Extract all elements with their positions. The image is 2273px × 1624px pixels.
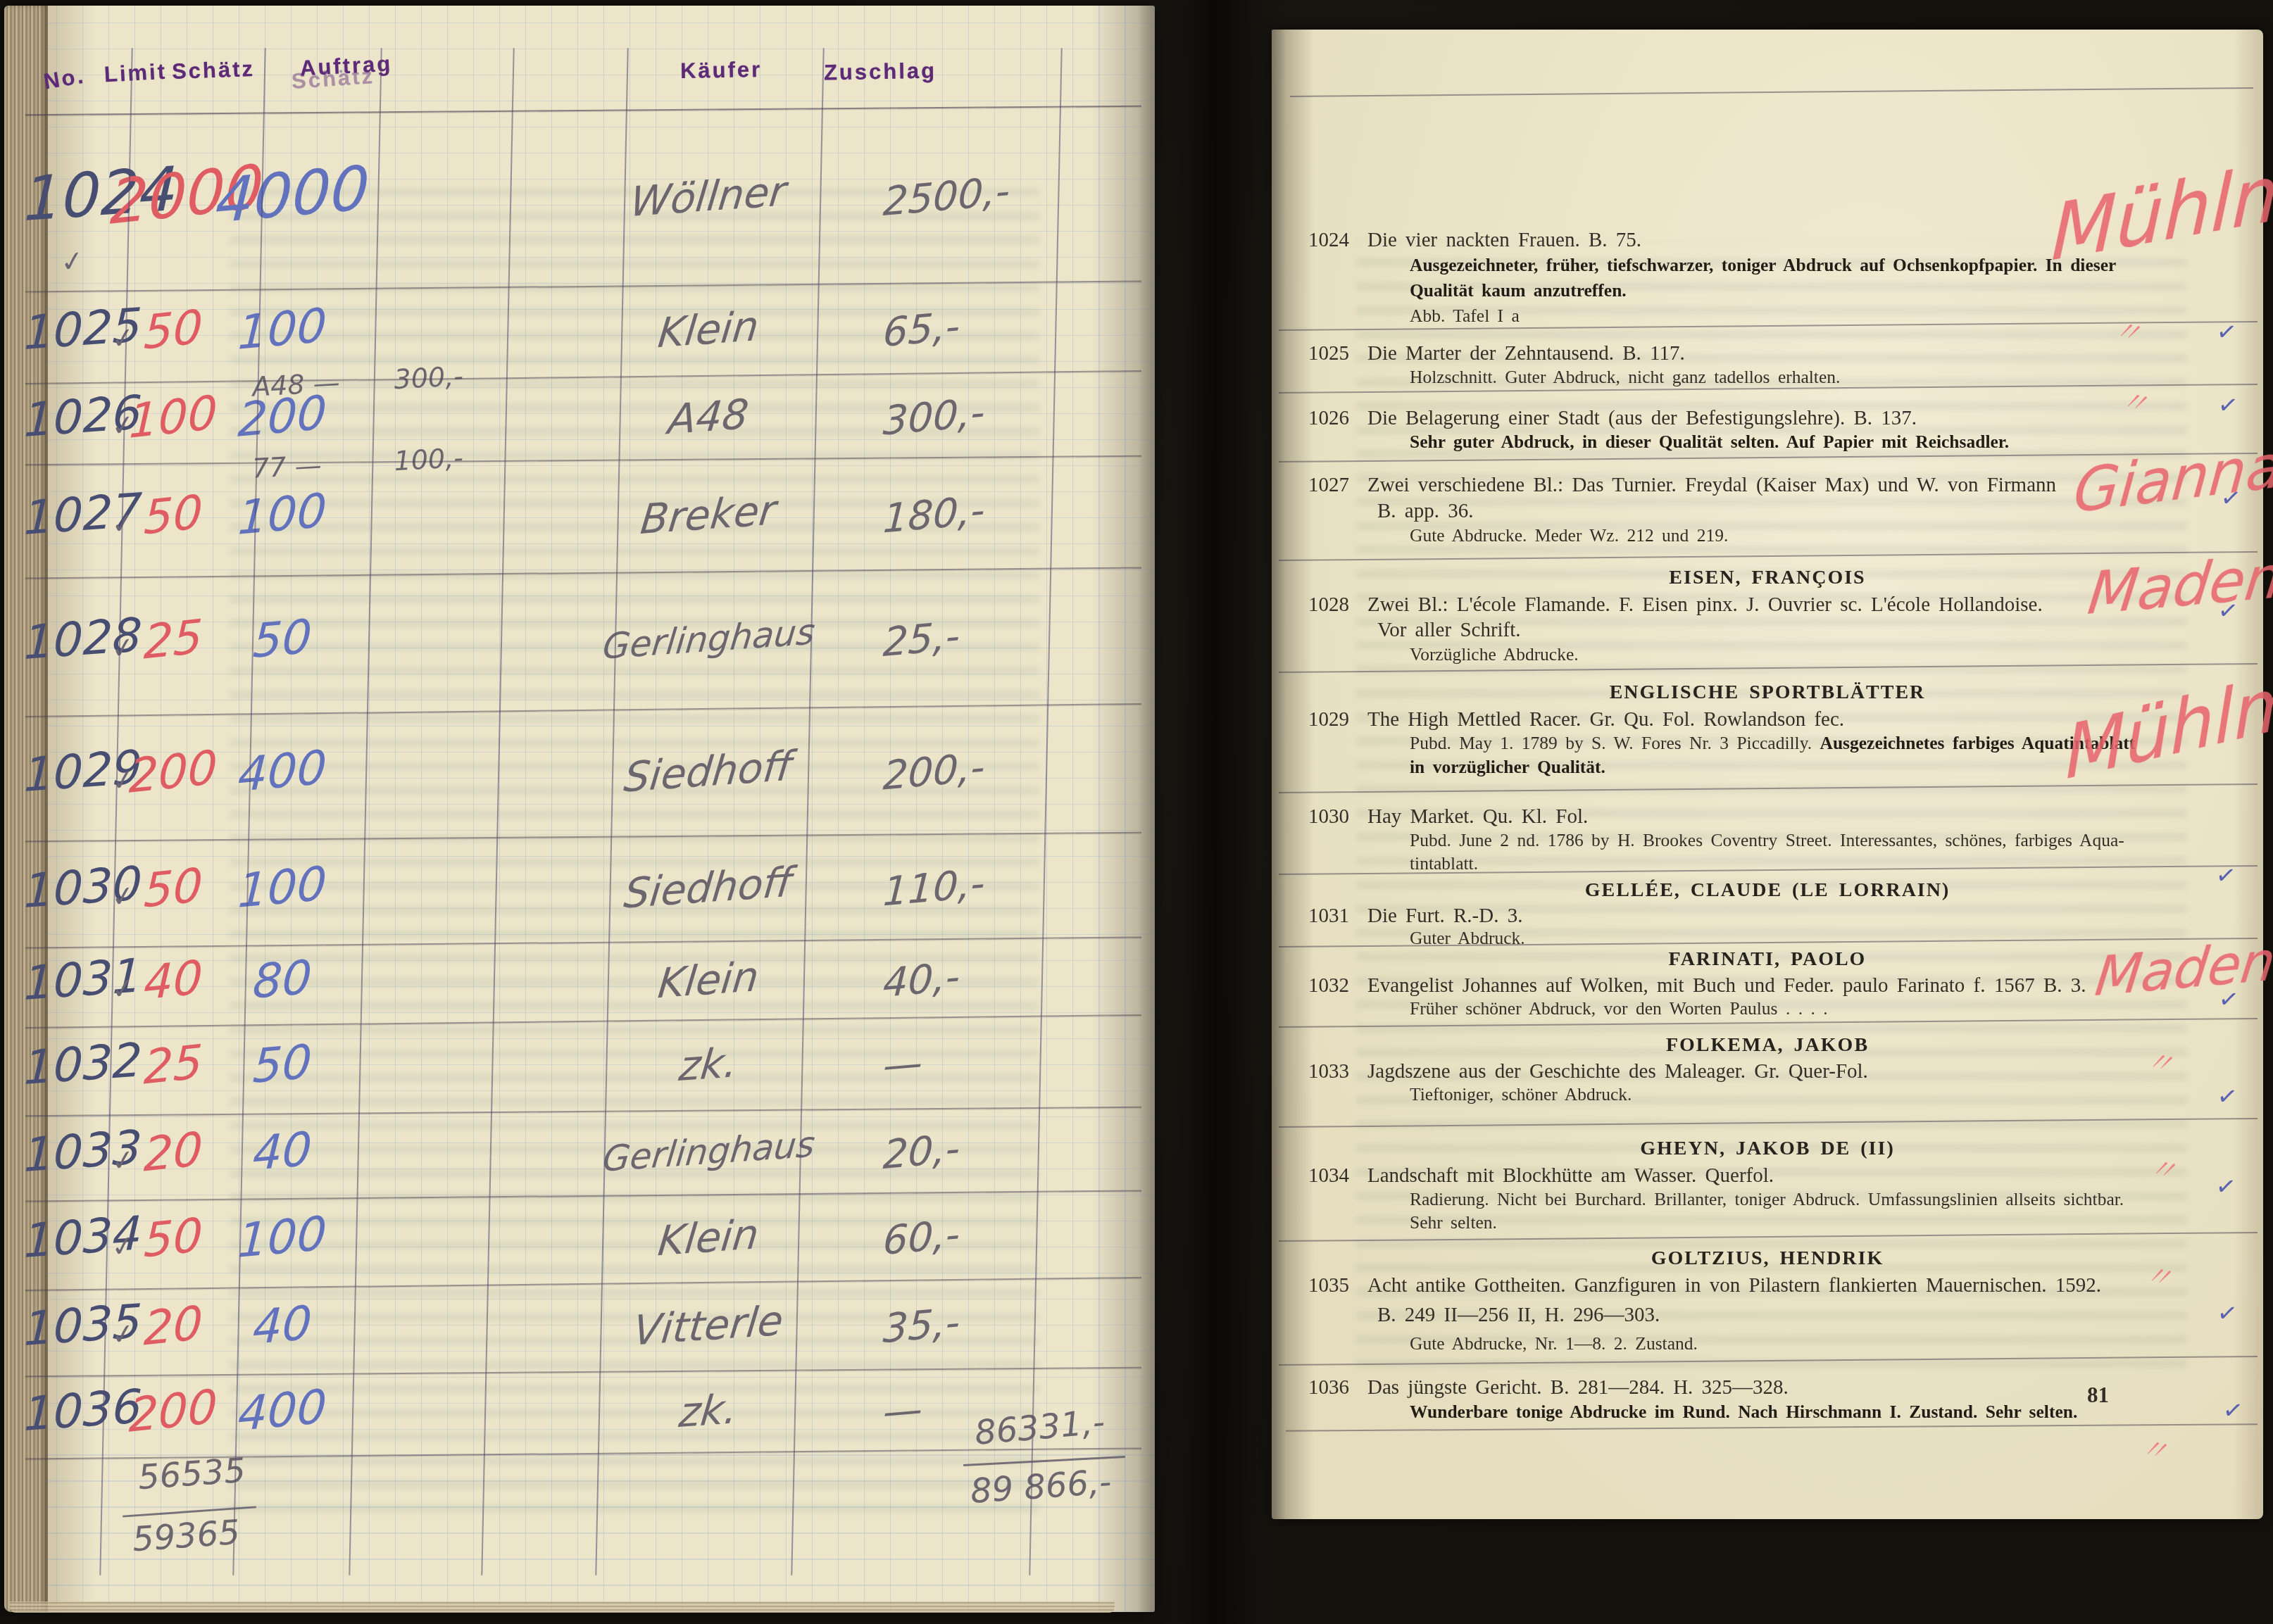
column-header-kaeufer: Käufer [680,57,763,84]
schaetz-value: 4000 [214,154,351,237]
lot-title-line: 1028Zwei Bl.: L'école Flamande. F. Eisen… [1308,593,2043,617]
margin-checkmark: ✓ [2215,1081,2239,1112]
artist-heading: GELLÉE, CLAUDE (LE LORRAIN) [1331,879,2204,902]
lot-title-line: 1025Die Marter der Zehntausend. B. 117. [1308,342,1685,365]
auftrag-note-reference: A48 — [251,367,341,402]
lot-title-line: 1027Zwei verschiedene Bl.: Das Turnier. … [1308,474,2056,497]
lot-description: Pubd. May 1. 1789 by S. W. Fores Nr. 3 P… [1410,733,2135,754]
photo-of-open-auction-ledger: { "ledger": { "headers": { "no": "No.", … [0,0,2273,1624]
lot-title-line: 1035Acht antike Gottheiten. Ganzfiguren … [1308,1274,2101,1297]
lot-title: Hay Market. Qu. Kl. Fol. [1367,805,1588,828]
lot-title-line: 1024Die vier nackten Frauen. B. 75. [1308,229,1641,252]
limit-subtotal: 56535 [137,1451,246,1498]
column-header-zuschlag: Zuschlag [824,58,937,86]
column-header-schaetz: Schätz [171,56,255,84]
lot-description: Gute Abdrucke, Nr. 1—8. 2. Zustand. [1410,1333,1698,1354]
artist-heading: FARINATI, PAOLO [1331,948,2204,971]
column-header-no: No. [42,63,87,95]
limit-total: 59365 [131,1513,241,1560]
lot-description: Wunderbare tonige Abdrucke im Rund. Nach… [1410,1402,2077,1423]
column-header-auftrag: Auftrag [299,51,393,82]
lot-number: 1036 [1308,1376,1349,1399]
lot-description: Radierung. Nicht bei Burchard. Brillante… [1410,1189,2124,1210]
lot-description: tintablatt. [1410,853,1478,874]
margin-checkmark: ✓ [2214,860,2238,891]
lot-title: Die vier nackten Frauen. B. 75. [1367,229,1641,251]
lot-title: Evangelist Johannes auf Wolken, mit Buch… [1367,974,2086,997]
zuschlag-value: — [882,1386,923,1435]
lot-title-line: 1033Jagdszene aus der Geschichte des Mal… [1308,1060,1868,1083]
lot-title: Acht antike Gottheiten. Ganzfiguren in v… [1367,1274,2101,1297]
lot-title-continued: Vor aller Schrift. [1377,619,1521,642]
lot-description: Vorzügliche Abdrucke. [1410,644,1579,665]
lot-title-line: 1032Evangelist Johannes auf Wolken, mit … [1308,974,2086,997]
zuschlag-value: 180,- [882,487,987,542]
lot-title: Landschaft mit Blockhütte am Wasser. Que… [1367,1164,1774,1187]
header-rule [25,106,1141,116]
lot-title: Zwei verschiedene Bl.: Das Turnier. Frey… [1367,474,2056,496]
margin-checkmark: ✓ [2215,317,2238,348]
lot-number: 1034 [1308,1164,1349,1187]
margin-checkmark: ✓ [2215,1298,2239,1329]
zuschlag-value: 300,- [882,389,987,444]
zuschlag-value: 200,- [882,744,987,799]
lot-description: Früher schöner Abdruck, vor den Worten P… [1410,998,1828,1019]
lot-title: The High Mettled Racer. Gr. Qu. Fol. Row… [1367,708,1844,731]
lot-description: Qualität kaum anzutreffen. [1410,280,1627,301]
lot-title-line: 1034Landschaft mit Blockhütte am Wasser.… [1308,1164,1774,1188]
lot-title-line: 1029The High Mettled Racer. Gr. Qu. Fol.… [1308,708,1844,731]
artist-heading: GHEYN, JAKOB DE (II) [1331,1138,2204,1160]
lot-title: Zwei Bl.: L'école Flamande. F. Eisen pin… [1367,593,2043,616]
ledger-page: No. Limit Schätz Schätz Auftrag Käufer Z… [4,6,1155,1612]
lot-title: Die Belagerung einer Stadt (aus der Befe… [1367,407,1917,429]
book-binding-edge [4,6,48,1612]
zuschlag-value: 60,- [882,1211,960,1264]
lot-description: Sehr selten. [1410,1212,1497,1233]
lot-title-line: 1031Die Furt. R.-D. 3. [1308,905,1522,928]
margin-checkmark: ✓ [2217,984,2241,1015]
lot-title: Die Marter der Zehntausend. B. 117. [1367,342,1685,365]
catalog-bottom-rule [1286,1423,2258,1432]
zuschlag-value: 20,- [882,1126,960,1178]
lot-title: Jagdszene aus der Geschichte des Maleage… [1367,1060,1868,1083]
lot-number: 1032 [1308,974,1349,997]
lot-title: Das jüngste Gericht. B. 281—284. H. 325—… [1367,1376,1789,1399]
lot-description: Pubd. June 2 nd. 1786 by H. Brookes Cove… [1410,830,2124,851]
column-header-limit: Limit [104,59,168,88]
zuschlag-value: 65,- [882,303,960,356]
zuschlag-value: 35,- [882,1299,960,1352]
row-checkmark: ✓ [58,244,87,279]
lot-number: 1027 [1308,474,1349,496]
lot-number: 1029 [1308,708,1349,731]
catalog-top-rule [1290,87,2253,97]
lot-title-continued: B. 249 II—256 II, H. 296—303. [1377,1304,1660,1327]
zuschlag-value: 25,- [882,613,960,666]
lot-number: 1025 [1308,342,1349,365]
page-stack-edge [10,1601,1115,1613]
margin-checkmark: ✓ [2216,390,2240,421]
illustration-note: Abb. Tafel I a [1410,306,1520,327]
lot-description: Holzschnitt. Guter Abdruck, nicht ganz t… [1410,367,1840,388]
lot-number: 1033 [1308,1060,1349,1083]
margin-checkmark: ✓ [2214,1171,2238,1202]
auftrag-note-reference: 77 — [251,450,323,484]
margin-checkmark: ✓ [2221,1395,2245,1426]
zuschlag-value: 40,- [882,954,960,1007]
lot-number: 1031 [1308,905,1349,927]
artist-heading: GOLTZIUS, HENDRIK [1331,1247,2204,1270]
lot-title-line: 1026Die Belagerung einer Stadt (aus der … [1308,407,1917,430]
lot-description: Gute Abdrucke. Meder Wz. 212 und 219. [1410,525,1728,546]
lot-description: in vorzüglicher Qualität. [1410,757,1605,778]
zuschlag-value: — [882,1040,923,1089]
lot-description: Ausgezeichneter, früher, tiefschwarzer, … [1410,255,2116,276]
artist-heading: ENGLISCHE SPORTBLÄTTER [1331,681,2204,704]
lot-description: Sehr guter Abdruck, in dieser Qualität s… [1410,432,2009,453]
lot-number: 1024 [1308,229,1349,251]
lot-number: 1028 [1308,593,1349,616]
lot-number: 1026 [1308,407,1349,429]
book-gutter-shadow [1138,0,1286,1624]
lot-number: 1030 [1308,805,1349,828]
lot-title: Die Furt. R.-D. 3. [1367,905,1522,927]
lot-title-line: 1030Hay Market. Qu. Kl. Fol. [1308,805,1588,829]
lot-title-continued: B. app. 36. [1377,500,1473,523]
artist-heading: FOLKEMA, JAKOB [1331,1034,2204,1057]
auftrag-note-amount: 100,- [393,442,463,477]
zuschlag-value: 110,- [882,860,987,915]
lot-title-line: 1036Das jüngste Gericht. B. 281—284. H. … [1308,1376,1789,1399]
lot-description: Tieftoniger, schöner Abdruck. [1410,1084,1632,1105]
margin-checkmark: ✓ [2219,483,2243,514]
page-number: 81 [2087,1383,2109,1408]
margin-checkmark: ✓ [2216,596,2240,627]
artist-heading: EISEN, FRANÇOIS [1331,567,2204,589]
lot-number: 1035 [1308,1274,1349,1297]
